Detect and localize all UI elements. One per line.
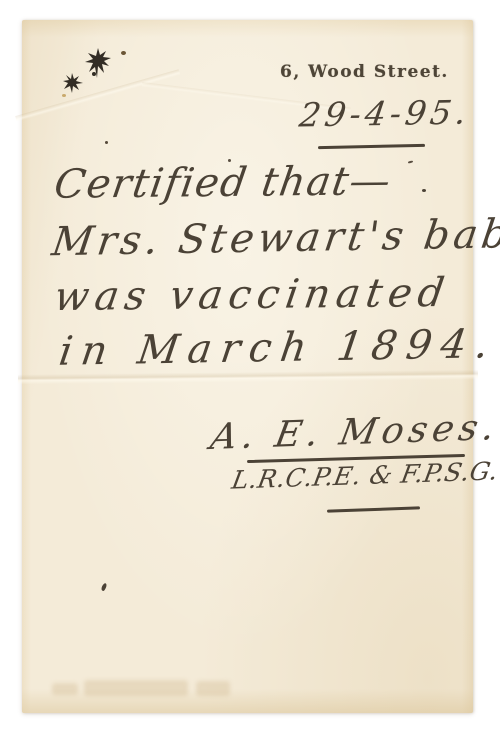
ink-speck [408,160,413,163]
ink-speck [100,583,107,592]
ink-showthrough-blob [84,680,188,696]
ink-blot-small [62,72,84,94]
ink-speck [121,51,126,55]
body-line-4: in March 1894. [56,321,500,375]
ink-showthrough [36,675,236,705]
printed-address: 6, Wood Street. [280,62,449,82]
ink-showthrough-blob [196,681,230,696]
date-underline [318,144,425,149]
body-line-3: was vaccinated [51,270,453,320]
body-line-2: Mrs. Stewart's baby [49,211,500,265]
credentials-underline [327,506,420,512]
scan-background: 6, Wood Street. 29-4-95. Certified that—… [0,0,500,733]
ink-speck [62,94,66,97]
body-line-1: Certified that— [51,158,394,208]
ink-showthrough-blob [52,683,78,695]
ink-blot-large [84,47,114,79]
handwritten-date: 29-4-95. [297,93,473,135]
ink-speck [422,189,426,192]
ink-speck [105,141,108,144]
letter-paper: 6, Wood Street. 29-4-95. Certified that—… [22,20,473,713]
signature-name: A. E. Moses. [207,407,500,458]
